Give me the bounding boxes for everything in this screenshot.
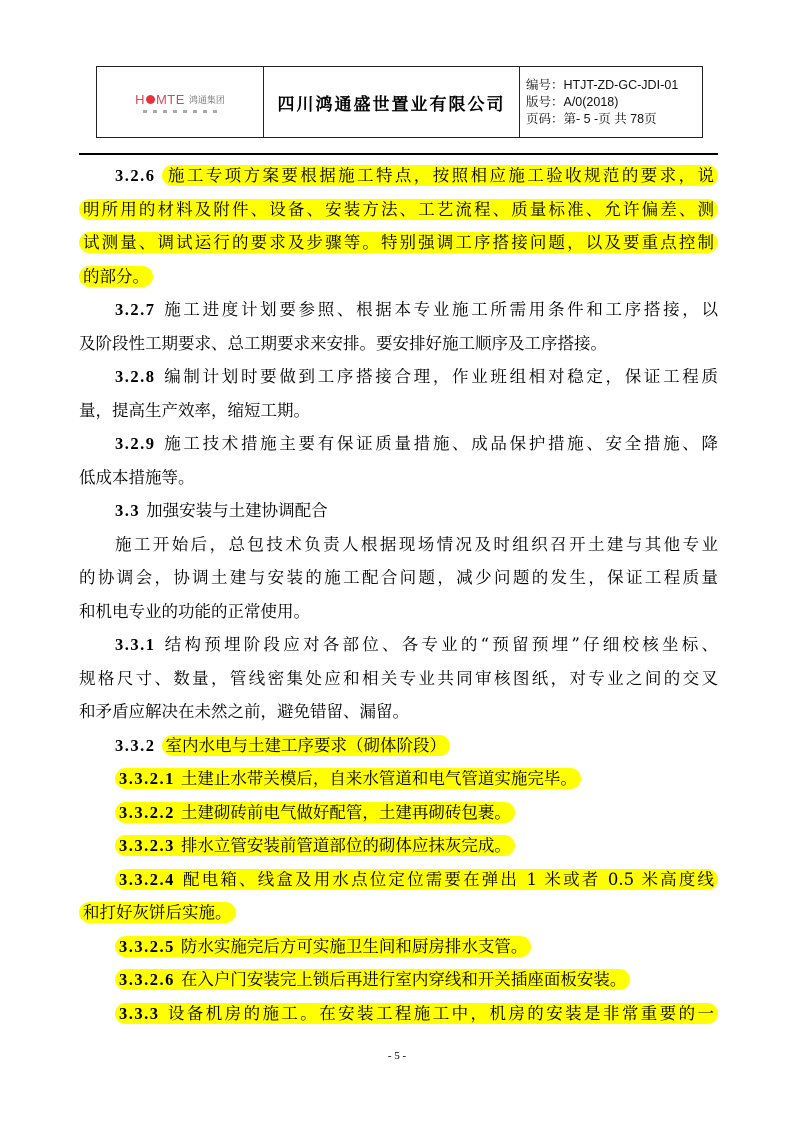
body-text-line: 的部分。 bbox=[79, 265, 718, 289]
highlighted-text: 明所用的材料及附件、设备、安装方法、工艺流程、质量标准、允许偏差、测 bbox=[79, 199, 718, 220]
line-text: 明所用的材料及附件、设备、安装方法、工艺流程、质量标准、允许偏差、测 bbox=[83, 200, 714, 219]
body-text-line: 明所用的材料及附件、设备、安装方法、工艺流程、质量标准、允许偏差、测 bbox=[79, 198, 718, 222]
line-text: 的部分。 bbox=[83, 267, 149, 286]
section-line-3-3-2-4: 3.3.2.4配电箱、线盒及用水点位定位需要在弹出 1 米或者 0.5 米高度线 bbox=[115, 868, 718, 892]
page-info: 页码：第- 5 -页 共 78页 bbox=[526, 111, 657, 128]
header-divider bbox=[79, 153, 718, 155]
logo-brand-en: HMTE bbox=[135, 92, 185, 107]
company-logo: HMTE 鸿通集团 bbox=[135, 92, 225, 107]
section-line-3-3-2-2: 3.3.2.2土建砌砖前电气做好配管，土建再砌砖包裹。 bbox=[115, 801, 718, 825]
body-text-line: 量，提高生产效率，缩短工期。 bbox=[79, 399, 718, 423]
body-text-line: 及阶段性工期要求、总工期要求来安排。要安排好施工顺序及工序搭接。 bbox=[79, 332, 718, 356]
section-line-3-3-2: 3.3.2室内水电与土建工序要求（砌体阶段） bbox=[115, 734, 718, 758]
section-number: 3.3.2.4 bbox=[119, 870, 175, 889]
line-text: 防水实施完后方可实施卫生间和厨房排水支管。 bbox=[181, 937, 528, 956]
section-line-3-2-9: 3.2.9施工技术措施主要有保证质量措施、成品保护措施、安全措施、降 bbox=[115, 432, 718, 456]
body-text-line: 试测量、调试运行的要求及步骤等。特别强调工序搭接问题，以及要重点控制 bbox=[79, 231, 718, 255]
section-number: 3.2.7 bbox=[115, 300, 156, 319]
line-text: 量，提高生产效率，缩短工期。 bbox=[79, 401, 310, 420]
highlighted-text: 3.3.2.3排水立管安装前管道部位的砌体应抹灰完成。 bbox=[115, 835, 515, 856]
body-text-line: 和矛盾应解决在未然之前，避免错留、漏留。 bbox=[79, 700, 718, 724]
line-text: 施工技术措施主要有保证质量措施、成品保护措施、安全措施、降 bbox=[162, 434, 719, 453]
highlighted-text: 3.3.3设备机房的施工。在安装工程施工中，机房的安装是非常重要的一 bbox=[115, 1003, 718, 1024]
line-text: 和打好灰饼后实施。 bbox=[83, 903, 232, 922]
logo-brand-cn: 鸿通集团 bbox=[189, 93, 225, 106]
line-text: 和机电专业的功能的正常使用。 bbox=[79, 602, 310, 621]
section-number: 3.3.3 bbox=[119, 1004, 160, 1023]
section-line-3-3-3: 3.3.3设备机房的施工。在安装工程施工中，机房的安装是非常重要的一 bbox=[115, 1002, 718, 1026]
line-text: 编制计划时要做到工序搭接合理，作业班组相对稳定，保证工程质 bbox=[162, 367, 719, 386]
section-line-3-2-6: 3.2.6施工专项方案要根据施工特点，按照相应施工验收规范的要求，说 bbox=[115, 164, 718, 188]
highlighted-text: 的部分。 bbox=[79, 266, 153, 287]
highlighted-text: 3.3.2.2土建砌砖前电气做好配管，土建再砌砖包裹。 bbox=[115, 802, 515, 823]
section-number: 3.3.2.5 bbox=[119, 937, 175, 956]
header-logo-cell: HMTE 鸿通集团 bbox=[97, 67, 264, 137]
line-text: 的协调会，协调土建与安装的施工配合问题，减少问题的发生，保证工程质量 bbox=[79, 568, 718, 587]
logo-red-dot-icon bbox=[146, 95, 155, 104]
highlighted-text: 和打好灰饼后实施。 bbox=[79, 902, 236, 923]
company-name: 四川鸿通盛世置业有限公司 bbox=[264, 67, 520, 137]
line-text: 加强安装与土建协调配合 bbox=[146, 501, 328, 520]
line-text: 施工开始后，总包技术负责人根据现场情况及时组织召开土建与其他专业 bbox=[115, 535, 718, 554]
section-line-3-3-2-5: 3.3.2.5防水实施完后方可实施卫生间和厨房排水支管。 bbox=[115, 935, 718, 959]
line-text: 结构预埋阶段应对各部位、各专业的“预留预埋”仔细校核坐标、 bbox=[162, 635, 719, 654]
section-number: 3.2.9 bbox=[115, 434, 156, 453]
section-number: 3.2.8 bbox=[115, 367, 156, 386]
section-line-3-3-2-3: 3.3.2.3排水立管安装前管道部位的砌体应抹灰完成。 bbox=[115, 834, 718, 858]
line-text: 试测量、调试运行的要求及步骤等。特别强调工序搭接问题，以及要重点控制 bbox=[83, 233, 714, 252]
section-number: 3.3.2 bbox=[115, 736, 156, 755]
line-text: 及阶段性工期要求、总工期要求来安排。要安排好施工顺序及工序搭接。 bbox=[79, 334, 607, 353]
body-text-line: 低成本措施等。 bbox=[79, 466, 718, 490]
document-code: 编号：HTJT-ZD-GC-JDⅠ-01 bbox=[526, 77, 678, 94]
body-text-line: 的协调会，协调土建与安装的施工配合问题，减少问题的发生，保证工程质量 bbox=[79, 566, 718, 590]
line-text: 排水立管安装前管道部位的砌体应抹灰完成。 bbox=[181, 836, 511, 855]
highlighted-text: 3.3.2.1土建止水带关模后，自来水管道和电气管道实施完毕。 bbox=[115, 768, 581, 789]
section-line-3-3-2-1: 3.3.2.1土建止水带关模后，自来水管道和电气管道实施完毕。 bbox=[115, 767, 718, 791]
highlighted-text: 3.3.2.5防水实施完后方可实施卫生间和厨房排水支管。 bbox=[115, 936, 531, 957]
section-number: 3.3.2.3 bbox=[119, 836, 175, 855]
page-number: - 5 - bbox=[0, 1050, 794, 1062]
line-text: 和矛盾应解决在未然之前，避免错留、漏留。 bbox=[79, 702, 409, 721]
line-text: 配电箱、线盒及用水点位定位需要在弹出 1 米或者 0.5 米高度线 bbox=[181, 870, 714, 889]
section-line-3-3-2-6: 3.3.2.6在入户门安装完上锁后再进行室内穿线和开关插座面板安装。 bbox=[115, 968, 718, 992]
line-text: 设备机房的施工。在安装工程施工中，机房的安装是非常重要的一 bbox=[166, 1004, 715, 1023]
line-text: 低成本措施等。 bbox=[79, 468, 195, 487]
body-text-line: 规格尺寸、数量，管线密集处应和相关专业共同审核图纸，对专业之间的交叉 bbox=[79, 667, 718, 691]
line-text: 在入户门安装完上锁后再进行室内穿线和开关插座面板安装。 bbox=[181, 970, 627, 989]
section-number: 3.2.6 bbox=[115, 166, 156, 185]
line-text: 规格尺寸、数量，管线密集处应和相关专业共同审核图纸，对专业之间的交叉 bbox=[79, 669, 718, 688]
highlighted-text: 施工专项方案要根据施工特点，按照相应施工验收规范的要求，说 bbox=[162, 165, 719, 186]
section-line-3-3-1: 3.3.1结构预埋阶段应对各部位、各专业的“预留预埋”仔细校核坐标、 bbox=[115, 633, 718, 657]
line-text: 施工进度计划要参照、根据本专业施工所需用条件和工序搭接，以 bbox=[162, 300, 719, 319]
section-line-3-2-8: 3.2.8编制计划时要做到工序搭接合理，作业班组相对稳定，保证工程质 bbox=[115, 365, 718, 389]
section-number: 3.3.2.6 bbox=[119, 970, 175, 989]
section-line-3-3: 3.3加强安装与土建协调配合 bbox=[115, 499, 718, 523]
body-text-line: 施工开始后，总包技术负责人根据现场情况及时组织召开土建与其他专业 bbox=[115, 533, 718, 557]
highlighted-text: 3.3.2.4配电箱、线盒及用水点位定位需要在弹出 1 米或者 0.5 米高度线 bbox=[115, 869, 718, 890]
section-number: 3.3.2.2 bbox=[119, 803, 175, 822]
highlighted-text: 室内水电与土建工序要求（砌体阶段） bbox=[162, 735, 451, 756]
logo-tagline bbox=[143, 110, 217, 113]
section-number: 3.3 bbox=[115, 501, 140, 520]
section-line-3-2-7: 3.2.7施工进度计划要参照、根据本专业施工所需用条件和工序搭接，以 bbox=[115, 298, 718, 322]
line-text: 土建砌砖前电气做好配管，土建再砌砖包裹。 bbox=[181, 803, 511, 822]
body-text-line: 和打好灰饼后实施。 bbox=[79, 901, 718, 925]
highlighted-text: 3.3.2.6在入户门安装完上锁后再进行室内穿线和开关插座面板安装。 bbox=[115, 969, 630, 990]
document-meta: 编号：HTJT-ZD-GC-JDⅠ-01 版号：A/0(2018) 页码：第- … bbox=[520, 67, 702, 137]
section-number: 3.3.2.1 bbox=[119, 769, 175, 788]
document-header-table: HMTE 鸿通集团 四川鸿通盛世置业有限公司 编号：HTJT-ZD-GC-JDⅠ… bbox=[96, 66, 703, 138]
section-number: 3.3.1 bbox=[115, 635, 156, 654]
body-text-line: 和机电专业的功能的正常使用。 bbox=[79, 600, 718, 624]
highlighted-text: 试测量、调试运行的要求及步骤等。特别强调工序搭接问题，以及要重点控制 bbox=[79, 232, 718, 253]
document-version: 版号：A/0(2018) bbox=[526, 94, 618, 111]
line-text: 土建止水带关模后，自来水管道和电气管道实施完毕。 bbox=[181, 769, 577, 788]
